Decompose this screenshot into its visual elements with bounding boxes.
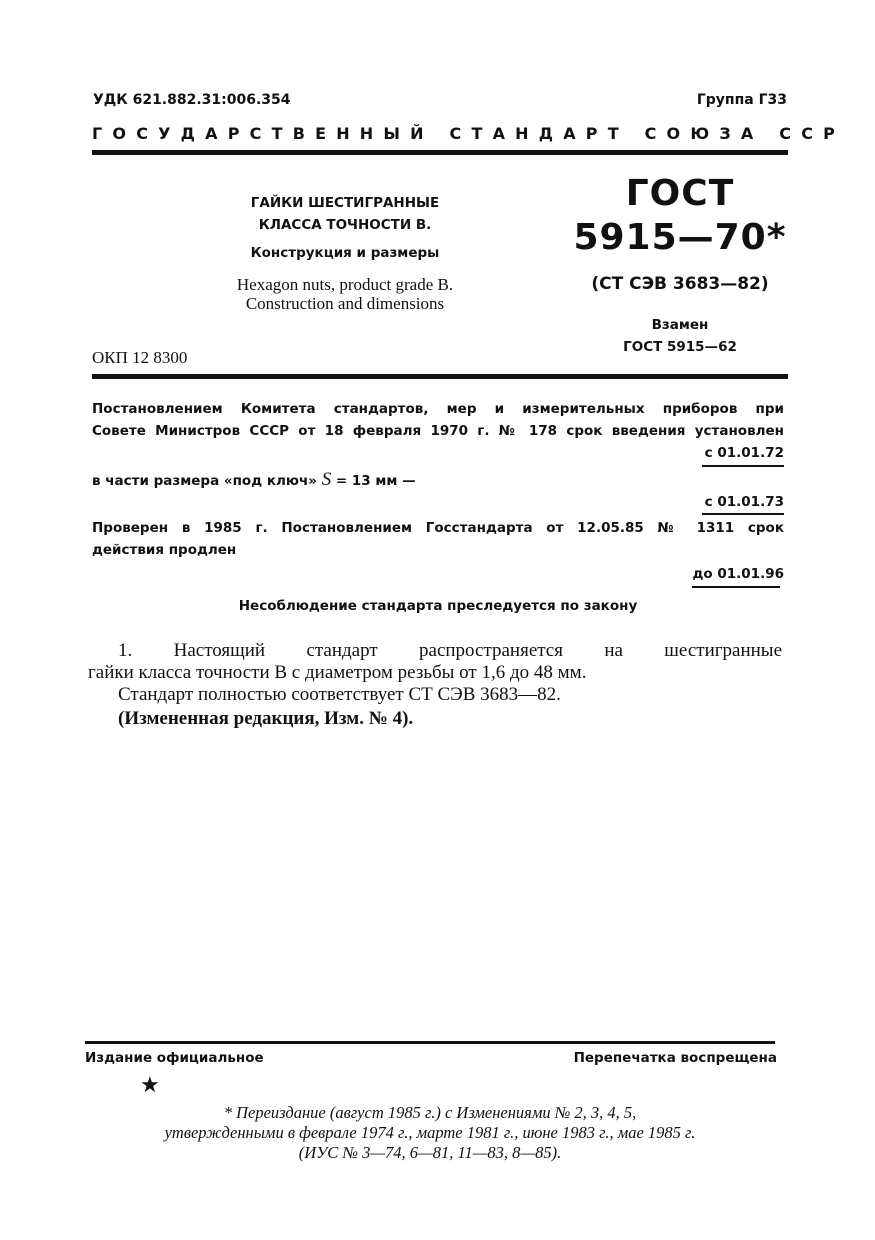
partial-variable: S: [322, 469, 332, 490]
title-ru-line1: ГАЙКИ ШЕСТИГРАННЫЕ: [180, 192, 510, 214]
official-edition: Издание официальное: [85, 1050, 264, 1066]
reprint-line3: (ИУС № 3—74, 6—81, 11—83, 8—85).: [85, 1143, 775, 1163]
body-p1-line2: гайки класса точности В с диаметром резь…: [88, 662, 782, 684]
date-introduced: с 01.01.72: [92, 442, 784, 464]
checked-line2: действия продлен: [92, 539, 784, 561]
header-rule: [92, 150, 788, 155]
legal-notice: Несоблюдение стандарта преследуется по з…: [92, 598, 784, 614]
reprint-note: * Переиздание (август 1985 г.) с Изменен…: [85, 1103, 775, 1163]
checked-line1: Проверен в 1985 г. Постановлением Госста…: [92, 517, 784, 539]
gost-label: ГОСТ: [560, 172, 800, 216]
partial-suffix: = 13 мм —: [336, 473, 416, 489]
footer-rule: [85, 1041, 775, 1044]
partial-size-line: в части размера «под ключ» S = 13 мм —: [92, 469, 784, 492]
decree-line1: Постановлением Комитета стандартов, мер …: [92, 398, 784, 420]
title-ru-line2: КЛАССА ТОЧНОСТИ В.: [180, 214, 510, 236]
gost-number: 5915—70*: [560, 216, 800, 260]
title-en: Hexagon nuts, product grade B. Construct…: [180, 275, 510, 313]
replaces-value: ГОСТ 5915—62: [560, 336, 800, 358]
body-p2: Стандарт полностью соответствует СТ СЭВ …: [88, 684, 812, 706]
date-partial: с 01.01.73: [92, 491, 784, 513]
gost-designation: ГОСТ 5915—70*: [560, 172, 800, 260]
title-en-line2: Construction and dimensions: [180, 294, 510, 313]
replaces-block: Взамен ГОСТ 5915—62: [560, 314, 800, 358]
group-code: Группа Г33: [697, 92, 787, 108]
body-p1-line1: 1. Настоящий стандарт распространяется н…: [88, 640, 782, 662]
amendment-note: (Измененная редакция, Изм. № 4).: [88, 708, 812, 730]
subtitle-ru: Конструкция и размеры: [180, 245, 510, 261]
okp-code: ОКП 12 8300: [92, 348, 187, 368]
title-rule: [92, 374, 788, 379]
title-en-line1: Hexagon nuts, product grade B.: [180, 275, 510, 294]
date3-underline: [692, 586, 780, 588]
replaces-label: Взамен: [560, 314, 800, 336]
date2-underline: [702, 513, 784, 515]
decree-line2: Совете Министров СССР от 18 февраля 1970…: [92, 420, 784, 442]
state-standard-heading: ГОСУДАРСТВЕННЫЙ СТАНДАРТ СОЮЗА ССР: [92, 124, 789, 143]
reprint-forbidden: Перепечатка воспрещена: [574, 1050, 777, 1066]
star-icon: ★: [140, 1072, 160, 1098]
st-sev-reference: (СТ СЭВ 3683—82): [560, 274, 800, 294]
date1-underline: [702, 465, 784, 467]
reprint-line1: * Переиздание (август 1985 г.) с Изменен…: [85, 1103, 775, 1123]
date-extended: до 01.01.96: [92, 563, 784, 585]
title-ru: ГАЙКИ ШЕСТИГРАННЫЕ КЛАССА ТОЧНОСТИ В.: [180, 192, 510, 236]
partial-prefix: в части размера «под ключ»: [92, 473, 317, 489]
reprint-line2: утвержденными в феврале 1974 г., марте 1…: [85, 1123, 775, 1143]
udk-code: УДК 621.882.31:006.354: [93, 92, 291, 108]
